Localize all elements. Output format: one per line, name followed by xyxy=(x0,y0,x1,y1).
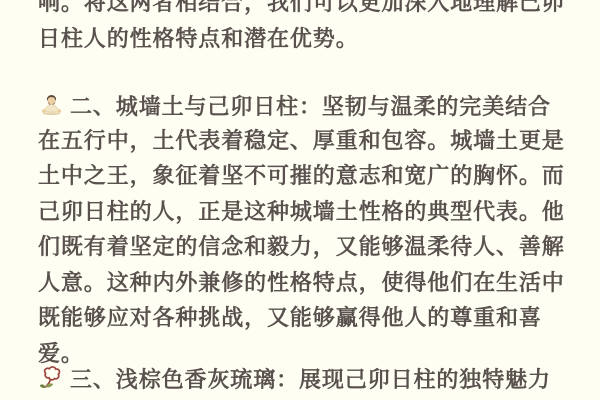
section-3-heading: 三、浅棕色香灰琉璃：展现己卯日柱的独特魅力 xyxy=(38,361,598,397)
section-3-heading-text: 三、浅棕色香灰琉璃：展现己卯日柱的独特魅力 xyxy=(70,363,551,394)
section-2-heading: 二、城墙土与己卯日柱：坚韧与温柔的完美结合 xyxy=(38,88,583,124)
flower-icon xyxy=(38,365,65,392)
section-2-heading-text: 二、城墙土与己卯日柱：坚韧与温柔的完美结合 xyxy=(70,90,551,121)
intro-paragraph: 响。将这两者相结合，我们可以更加深入地理解己卯 日柱人的性格特点和潜在优势。 xyxy=(38,0,583,57)
section-2-body: 在五行中，土代表着稳定、厚重和包容。城墙土更是 土中之王，象征着坚不可摧的意志和… xyxy=(38,124,583,373)
article-page: 响。将这两者相结合，我们可以更加深入地理解己卯 日柱人的性格特点和潜在优势。 二… xyxy=(0,0,600,400)
section-2: 二、城墙土与己卯日柱：坚韧与温柔的完美结合 在五行中，土代表着稳定、厚重和包容。… xyxy=(38,88,583,372)
section-3: 三、浅棕色香灰琉璃：展现己卯日柱的独特魅力 xyxy=(38,361,598,397)
person-in-lotus-icon xyxy=(38,92,65,119)
